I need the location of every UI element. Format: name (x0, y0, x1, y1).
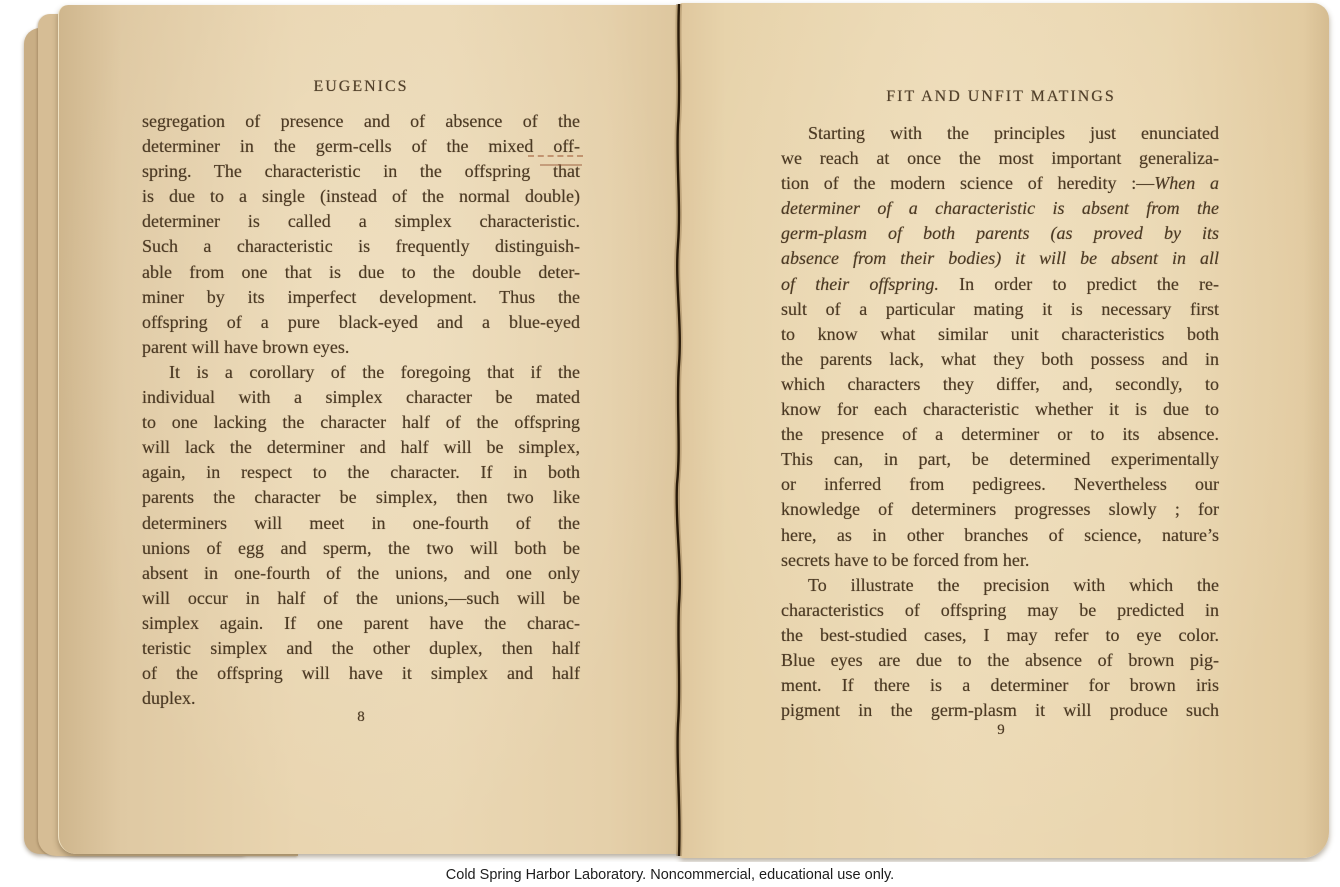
text-segment: to know what similar unit characteristic… (781, 324, 1219, 344)
text-segment: unions of egg and sperm, the two will bo… (142, 538, 580, 558)
left-text-column: segregation of presence and of absence o… (142, 109, 580, 711)
text-line: parent will have brown eyes. (142, 335, 580, 360)
text-line: It is a corollary of the foregoing that … (142, 360, 580, 385)
italic-text-segment: absence from their bodies) it will be ab… (781, 248, 1219, 268)
text-segment: sult of a particular mating it is necess… (781, 299, 1219, 319)
text-line: the best-studied cases, I may refer to e… (781, 623, 1219, 648)
text-segment: know for each characteristic whether it … (781, 399, 1219, 419)
text-line: ment. If there is a determiner for brown… (781, 673, 1219, 698)
text-segment: individual with a simplex character be m… (142, 387, 580, 407)
text-segment: secrets have to be forced from her. (781, 550, 1029, 570)
text-segment: determiner is called a simplex character… (142, 211, 580, 231)
text-segment: determiner in the germ-cells of the mixe… (142, 136, 580, 156)
pencil-underline-mark (528, 155, 583, 157)
text-line: the presence of a determiner or to its a… (781, 422, 1219, 447)
text-segment: or inferred from pedigrees. Nevertheless… (781, 474, 1219, 494)
text-line: again, in respect to the character. If i… (142, 460, 580, 485)
text-segment: Starting with the principles just enunci… (808, 123, 1219, 143)
text-line: Such a characteristic is frequently dist… (142, 234, 580, 259)
text-line: of their offspring. In order to predict … (781, 272, 1219, 297)
text-line: which characters they differ, and, secon… (781, 372, 1219, 397)
text-line: spring. The characteristic in the offspr… (142, 159, 580, 184)
text-line: to know what similar unit characteristic… (781, 322, 1219, 347)
text-line: miner by its imperfect development. Thus… (142, 285, 580, 310)
text-line: absent in one-fourth of the unions, and … (142, 561, 580, 586)
text-line: determiner of a characteristic is absent… (781, 196, 1219, 221)
text-segment: Blue eyes are due to the absence of brow… (781, 650, 1219, 670)
text-segment: again, in respect to the character. If i… (142, 462, 580, 482)
text-segment: which characters they differ, and, secon… (781, 374, 1219, 394)
text-segment: This can, in part, be determined experim… (781, 449, 1219, 469)
text-segment: simplex again. If one parent have the ch… (142, 613, 580, 633)
text-segment: characteristics of offspring may be pred… (781, 600, 1219, 620)
text-line: able from one that is due to the double … (142, 260, 580, 285)
text-line: germ-plasm of both parents (as proved by… (781, 221, 1219, 246)
pencil-overline-mark (540, 164, 582, 166)
text-line: duplex. (142, 686, 580, 711)
text-line: of the offspring will have it simplex an… (142, 661, 580, 686)
text-segment: will lack the determiner and half will b… (142, 437, 580, 457)
text-segment: segregation of presence and of absence o… (142, 111, 580, 131)
text-segment: able from one that is due to the double … (142, 262, 580, 282)
text-segment: is due to a single (instead of the norma… (142, 186, 580, 206)
text-line: knowledge of determiners progresses slow… (781, 497, 1219, 522)
text-segment: here, as in other branches of science, n… (781, 525, 1219, 545)
text-line: Blue eyes are due to the absence of brow… (781, 648, 1219, 673)
right-page-number: 9 (781, 722, 1221, 739)
text-segment: of the offspring will have it simplex an… (142, 663, 580, 683)
right-text-column: Starting with the principles just enunci… (781, 121, 1219, 723)
text-segment: the best-studied cases, I may refer to e… (781, 625, 1219, 645)
text-line: This can, in part, be determined experim… (781, 447, 1219, 472)
text-segment: ment. If there is a determiner for brown… (781, 675, 1219, 695)
text-line: will occur in half of the unions,—such w… (142, 586, 580, 611)
text-segment: to one lacking the character half of the… (142, 412, 580, 432)
text-line: determiner is called a simplex character… (142, 209, 580, 234)
text-line: teristic simplex and the other duplex, t… (142, 636, 580, 661)
italic-text-segment: When a (1154, 173, 1219, 193)
right-running-head: FIT AND UNFIT MATINGS (781, 88, 1221, 106)
text-line: here, as in other branches of science, n… (781, 523, 1219, 548)
text-segment: pigment in the germ-plasm it will produc… (781, 700, 1219, 720)
left-running-head: EUGENICS (142, 78, 580, 96)
text-line: determiner in the germ-cells of the mixe… (142, 134, 580, 159)
text-segment: spring. The characteristic in the offspr… (142, 161, 580, 181)
text-line: the parents lack, what they both possess… (781, 347, 1219, 372)
text-segment: tion of the modern science of heredity :… (781, 173, 1154, 193)
text-segment: absent in one-fourth of the unions, and … (142, 563, 580, 583)
text-segment: It is a corollary of the foregoing that … (169, 362, 580, 382)
text-line: sult of a particular mating it is necess… (781, 297, 1219, 322)
italic-text-segment: germ-plasm of both parents (as proved by… (781, 223, 1219, 243)
text-segment: offspring of a pure black-eyed and a blu… (142, 312, 580, 332)
scanned-book-spread: EUGENICS segregation of presence and of … (0, 0, 1340, 887)
text-line: parents the character be simplex, then t… (142, 485, 580, 510)
text-line: we reach at once the most important gene… (781, 146, 1219, 171)
text-line: segregation of presence and of absence o… (142, 109, 580, 134)
text-line: Starting with the principles just enunci… (781, 121, 1219, 146)
text-line: To illustrate the precision with which t… (781, 573, 1219, 598)
text-segment: In order to predict the re- (939, 274, 1219, 294)
text-segment: will occur in half of the unions,—such w… (142, 588, 580, 608)
text-line: know for each characteristic whether it … (781, 397, 1219, 422)
text-segment: teristic simplex and the other duplex, t… (142, 638, 580, 658)
text-line: or inferred from pedigrees. Nevertheless… (781, 472, 1219, 497)
text-segment: parents the character be simplex, then t… (142, 487, 580, 507)
text-line: will lack the determiner and half will b… (142, 435, 580, 460)
text-segment: Such a characteristic is frequently dist… (142, 236, 580, 256)
text-segment: knowledge of determiners progresses slow… (781, 499, 1219, 519)
text-line: tion of the modern science of heredity :… (781, 171, 1219, 196)
text-line: simplex again. If one parent have the ch… (142, 611, 580, 636)
text-line: characteristics of offspring may be pred… (781, 598, 1219, 623)
text-segment: To illustrate the precision with which t… (808, 575, 1219, 595)
italic-text-segment: determiner of a characteristic is absent… (781, 198, 1219, 218)
text-segment: duplex. (142, 688, 196, 708)
text-line: absence from their bodies) it will be ab… (781, 246, 1219, 271)
italic-text-segment: of their offspring. (781, 274, 939, 294)
text-segment: determiners will meet in one-fourth of t… (142, 513, 580, 533)
left-page-number: 8 (142, 709, 580, 726)
text-line: secrets have to be forced from her. (781, 548, 1219, 573)
book-gutter (669, 4, 689, 856)
text-segment: parent will have brown eyes. (142, 337, 349, 357)
text-segment: the parents lack, what they both possess… (781, 349, 1219, 369)
text-line: determiners will meet in one-fourth of t… (142, 511, 580, 536)
text-line: individual with a simplex character be m… (142, 385, 580, 410)
gutter-seam-line (669, 4, 689, 856)
text-line: pigment in the germ-plasm it will produc… (781, 698, 1219, 723)
text-line: is due to a single (instead of the norma… (142, 184, 580, 209)
text-line: to one lacking the character half of the… (142, 410, 580, 435)
caption-bar: Cold Spring Harbor Laboratory. Noncommer… (0, 862, 1340, 887)
text-line: offspring of a pure black-eyed and a blu… (142, 310, 580, 335)
text-line: unions of egg and sperm, the two will bo… (142, 536, 580, 561)
copyright-caption: Cold Spring Harbor Laboratory. Noncommer… (446, 867, 894, 883)
text-segment: miner by its imperfect development. Thus… (142, 287, 580, 307)
text-segment: the presence of a determiner or to its a… (781, 424, 1219, 444)
text-segment: we reach at once the most important gene… (781, 148, 1219, 168)
